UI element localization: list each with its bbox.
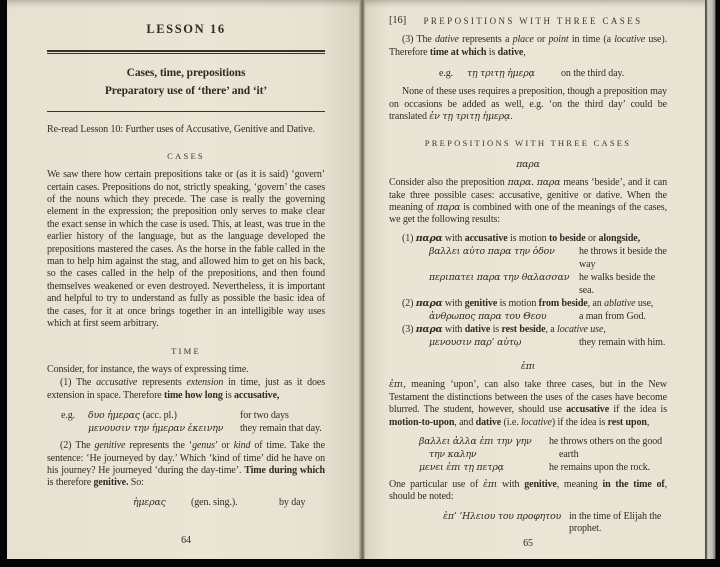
list-example-row: βαλλει αὐτο παρα την ὁδον he throws it b… xyxy=(429,245,667,271)
chapter-subtitle-1: Cases, time, prepositions xyxy=(47,65,325,83)
running-header: [16] PREPOSITIONS WITH THREE CASES xyxy=(389,15,667,27)
english-translation: by day xyxy=(279,497,305,509)
english-translation: earth xyxy=(549,448,579,461)
particular-use-paragraph: One particular use of ἐπι with genitive,… xyxy=(389,479,667,504)
book-spread-photo: LESSON 16 Cases, time, prepositions Prep… xyxy=(0,0,720,567)
running-head-title: PREPOSITIONS WITH THREE CASES xyxy=(389,15,667,27)
cases-paragraph: We saw there how certain prepositions ta… xyxy=(47,169,325,330)
para-heading: παρα xyxy=(389,159,667,171)
english-translation: on the third day. xyxy=(561,67,624,80)
english-translation: a man from God. xyxy=(579,310,646,323)
epi-example-row: την καλην earth xyxy=(419,448,667,461)
eg-label: e.g. xyxy=(439,67,467,80)
greek-phrase: μενουσιν παρ’ αὐτῳ xyxy=(429,336,579,349)
greek-phrase: βαλλει ἀλλα ἐπι την γην xyxy=(419,435,549,448)
genitive-example-row: ἡμερας (gen. sing.). by day xyxy=(133,497,325,509)
list-item-head: (2) παρα with genitive is motion from be… xyxy=(389,297,667,310)
dative-example-row: e.g. τῃ τριτῃ ἡμερᾳ on the third day. xyxy=(439,67,667,80)
list-item-head: (3) παρα with dative is rest beside, a l… xyxy=(389,323,667,336)
page-number-right: 65 xyxy=(389,538,667,554)
page-number-left: 64 xyxy=(47,535,325,551)
folio-marker: [16] xyxy=(389,15,406,27)
greek-phrase: βαλλει αὐτο παρα την ὁδον xyxy=(429,245,579,271)
double-rule xyxy=(47,50,325,54)
time-examples: e.g. δυο ἡμερας (acc. pl.) for two days … xyxy=(47,409,325,435)
greek-phrase: τῃ τριτῃ ἡμερᾳ xyxy=(467,67,561,80)
no-preposition-paragraph: None of these uses requires a prepositio… xyxy=(389,86,667,123)
right-page: [16] PREPOSITIONS WITH THREE CASES (3) T… xyxy=(365,0,705,559)
left-page: LESSON 16 Cases, time, prepositions Prep… xyxy=(7,0,359,559)
section-heading: PREPOSITIONS WITH THREE CASES xyxy=(389,137,667,149)
chapter-subtitle-2: Preparatory use of ‘there’ and ‘it’ xyxy=(47,83,325,101)
eg-label-spacer xyxy=(61,422,88,435)
english-translation: he throws others on the good xyxy=(549,435,662,448)
list-item-head: (1) παρα with accusative is motion to be… xyxy=(389,232,667,245)
grammar-note: (gen. sing.). xyxy=(191,497,279,509)
greek-phrase: δυο ἡμερας (acc. pl.) xyxy=(88,409,240,422)
english-translation: for two days xyxy=(240,409,289,422)
lesson-title: LESSON 16 xyxy=(47,23,325,35)
eg-label: e.g. xyxy=(61,409,88,422)
book-fore-edge xyxy=(705,0,716,559)
greek-phrase: μενουσιν την ἡμεραν ἐκεινην xyxy=(88,422,240,435)
reread-note: Re-read Lesson 10: Further uses of Accus… xyxy=(47,124,325,136)
para-cases-list: (1) παρα with accusative is motion to be… xyxy=(389,232,667,349)
greek-phrase: περιπατει παρα την θαλασσαν xyxy=(429,271,579,297)
epi-example-row: μενει ἐπι τῃ πετρᾳ he remains upon the r… xyxy=(419,461,667,474)
epi-paragraph: ἐπι, meaning ‘upon’, can also take three… xyxy=(389,379,667,429)
genitive-time-paragraph: (2) The genitive represents the ‘genus’ … xyxy=(47,440,325,490)
greek-phrase: ἐπ’ ’Ηλειου του προφητου xyxy=(443,511,569,536)
english-translation: in the time of Elijah the prophet. xyxy=(569,511,667,536)
example-row: μενουσιν την ἡμεραν ἐκεινην they remain … xyxy=(61,422,325,435)
greek-phrase: την καλην xyxy=(419,448,549,461)
epi-example-row: βαλλει ἀλλα ἐπι την γην he throws others… xyxy=(419,435,667,448)
list-example-row: μενουσιν παρ’ αὐτῳ they remain with him. xyxy=(429,336,667,349)
list-example-row: ἀνθρωπος παρα του Θεου a man from God. xyxy=(429,310,667,323)
grammar-note: (acc. pl.) xyxy=(143,410,177,421)
elijah-example-row: ἐπ’ ’Ηλειου του προφητου in the time of … xyxy=(443,511,667,536)
time-intro: Consider, for instance, the ways of expr… xyxy=(47,364,325,376)
english-translation: he remains upon the rock. xyxy=(549,461,650,474)
english-translation: they remain with him. xyxy=(579,336,665,349)
photo-bottom-border xyxy=(0,559,720,567)
cases-heading: CASES xyxy=(47,150,325,162)
list-example-row: περιπατει παρα την θαλασσαν he walks bes… xyxy=(429,271,667,297)
example-row: e.g. δυο ἡμερας (acc. pl.) for two days xyxy=(61,409,325,422)
greek-phrase: μενει ἐπι τῃ πετρᾳ xyxy=(419,461,549,474)
time-heading: TIME xyxy=(47,345,325,357)
english-translation: he throws it beside the way xyxy=(579,245,667,271)
dative-time-paragraph: (3) The dative represents a place or poi… xyxy=(389,34,667,59)
epi-examples: βαλλει ἀλλα ἐπι την γην he throws others… xyxy=(389,435,667,474)
open-book: LESSON 16 Cases, time, prepositions Prep… xyxy=(7,0,716,559)
epi-heading: ἐπι xyxy=(389,361,667,373)
english-translation: they remain that day. xyxy=(240,422,322,435)
para-intro-paragraph: Consider also the preposition παρα. παρα… xyxy=(389,177,667,227)
accusative-time-paragraph: (1) The accusative represents extension … xyxy=(47,377,325,402)
greek-phrase: ἡμερας xyxy=(133,497,191,509)
greek-phrase: ἀνθρωπος παρα του Θεου xyxy=(429,310,579,323)
english-translation: he walks beside the sea. xyxy=(579,271,667,297)
single-rule xyxy=(47,111,325,112)
